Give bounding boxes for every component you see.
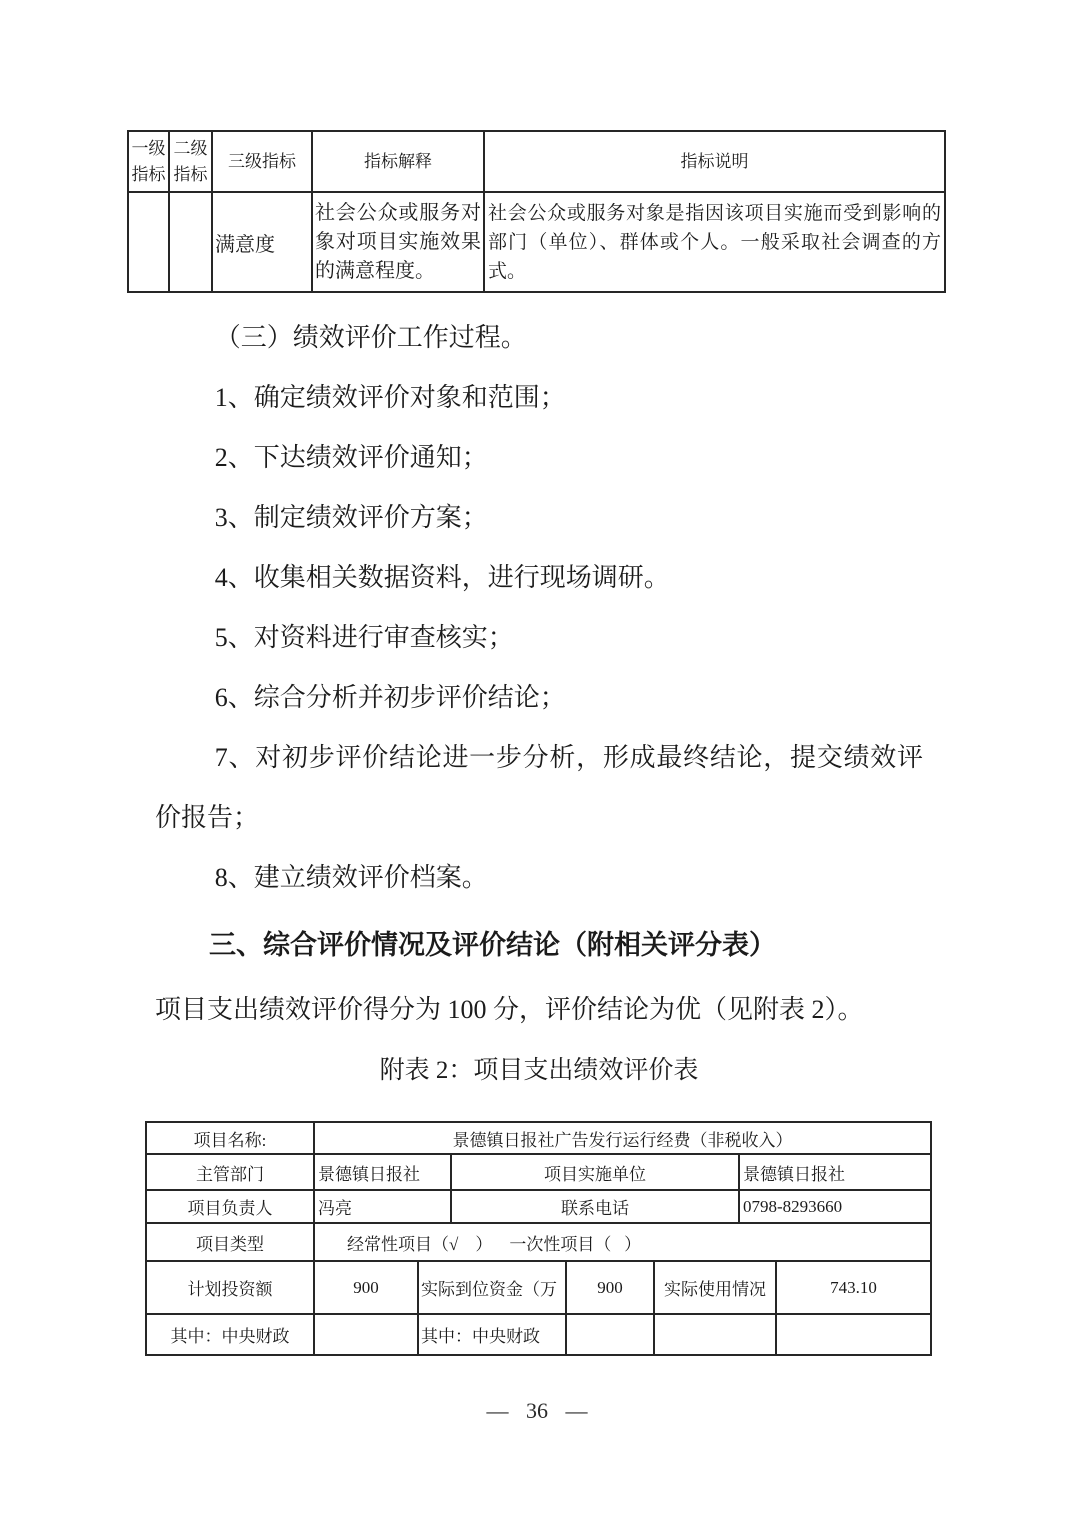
- arrived-funds-label: 实际到位资金（万: [418, 1261, 566, 1314]
- header-level3: 三级指标: [212, 131, 312, 192]
- project-name-label: 项目名称:: [146, 1122, 314, 1154]
- indicator-table: 一级指标 二级指标 三级指标 指标解释 指标说明 满意度 社会公众或服务对象对项…: [127, 130, 946, 293]
- step-1: 1、确定绩效评价对象和范围；: [155, 368, 923, 428]
- central-finance-label-left: 其中：中央财政: [146, 1314, 314, 1355]
- row-investment: 计划投资额 900 实际到位资金（万 900 实际使用情况 743.10: [146, 1261, 931, 1314]
- project-name-value: 景德镇日报社广告发行运行经费（非税收入）: [314, 1122, 931, 1154]
- arrived-funds-value: 900: [566, 1261, 654, 1314]
- impl-unit-label: 项目实施单位: [451, 1154, 739, 1190]
- row-project-type: 项目类型 经常性项目（√ ） 一次性项目（ ）: [146, 1223, 931, 1261]
- page-number: — 36 —: [0, 1398, 1074, 1424]
- central-finance-label-mid: 其中：中央财政: [418, 1314, 566, 1355]
- step-2: 2、下达绩效评价通知；: [155, 428, 923, 488]
- step-7: 7、对初步评价结论进一步分析，形成最终结论，提交绩效评价报告；: [155, 728, 923, 848]
- row-manager: 项目负责人 冯亮 联系电话 0798-8293660: [146, 1190, 931, 1223]
- manager-label: 项目负责人: [146, 1190, 314, 1223]
- dept-value: 景德镇日报社: [314, 1154, 451, 1190]
- step-3: 3、制定绩效评价方案；: [155, 488, 923, 548]
- manager-value: 冯亮: [314, 1190, 451, 1223]
- impl-unit-value: 景德镇日报社: [739, 1154, 931, 1190]
- cell-description: 社会公众或服务对象是指因该项目实施而受到影响的部门（单位）、群体或个人。一般采取…: [484, 192, 945, 292]
- subsection-title: （三）绩效评价工作过程。: [155, 308, 923, 368]
- planned-label: 计划投资额: [146, 1261, 314, 1314]
- step-5: 5、对资料进行审查核实；: [155, 608, 923, 668]
- cell-level1: [128, 192, 169, 292]
- indicator-table-data-row: 满意度 社会公众或服务对象对项目实施效果的满意程度。 社会公众或服务对象是指因该…: [128, 192, 945, 292]
- summary-paragraph: 项目支出绩效评价得分为 100 分，评价结论为优（见附表 2）。: [155, 980, 923, 1040]
- header-description: 指标说明: [484, 131, 945, 192]
- central-finance-planned-empty: [314, 1314, 418, 1355]
- usage-value: 743.10: [776, 1261, 931, 1314]
- planned-value: 900: [314, 1261, 418, 1314]
- row-department: 主管部门 景德镇日报社 项目实施单位 景德镇日报社: [146, 1154, 931, 1190]
- evaluation-table: 项目名称: 景德镇日报社广告发行运行经费（非税收入） 主管部门 景德镇日报社 项…: [145, 1121, 932, 1356]
- central-finance-usage-empty: [776, 1314, 931, 1355]
- usage-label: 实际使用情况: [654, 1261, 776, 1314]
- type-label: 项目类型: [146, 1223, 314, 1261]
- dept-label: 主管部门: [146, 1154, 314, 1190]
- phone-label: 联系电话: [451, 1190, 739, 1223]
- step-6: 6、综合分析并初步评价结论；: [155, 668, 923, 728]
- step-8: 8、建立绩效评价档案。: [155, 848, 923, 908]
- table-caption: 附表 2：项目支出绩效评价表: [155, 1040, 923, 1102]
- cell-level3: 满意度: [212, 192, 312, 292]
- section-heading: 三、综合评价情况及评价结论（附相关评分表）: [155, 914, 923, 976]
- phone-value: 0798-8293660: [739, 1190, 931, 1223]
- header-level2: 二级指标: [169, 131, 212, 192]
- header-level1: 一级指标: [128, 131, 169, 192]
- indicator-table-header-row: 一级指标 二级指标 三级指标 指标解释 指标说明: [128, 131, 945, 192]
- cell-level2: [169, 192, 212, 292]
- step-4: 4、收集相关数据资料，进行现场调研。: [155, 548, 923, 608]
- type-value: 经常性项目（√ ） 一次性项目（ ）: [314, 1223, 931, 1261]
- central-finance-arrived-empty: [566, 1314, 654, 1355]
- row-project-name: 项目名称: 景德镇日报社广告发行运行经费（非税收入）: [146, 1122, 931, 1154]
- header-explanation: 指标解释: [312, 131, 484, 192]
- document-page: 一级指标 二级指标 三级指标 指标解释 指标说明 满意度 社会公众或服务对象对项…: [0, 0, 1074, 1520]
- cell-explanation: 社会公众或服务对象对项目实施效果的满意程度。: [312, 192, 484, 292]
- row-central-finance: 其中：中央财政 其中：中央财政: [146, 1314, 931, 1355]
- central-finance-usage-label-empty: [654, 1314, 776, 1355]
- body-text: （三）绩效评价工作过程。 1、确定绩效评价对象和范围； 2、下达绩效评价通知； …: [155, 308, 923, 1102]
